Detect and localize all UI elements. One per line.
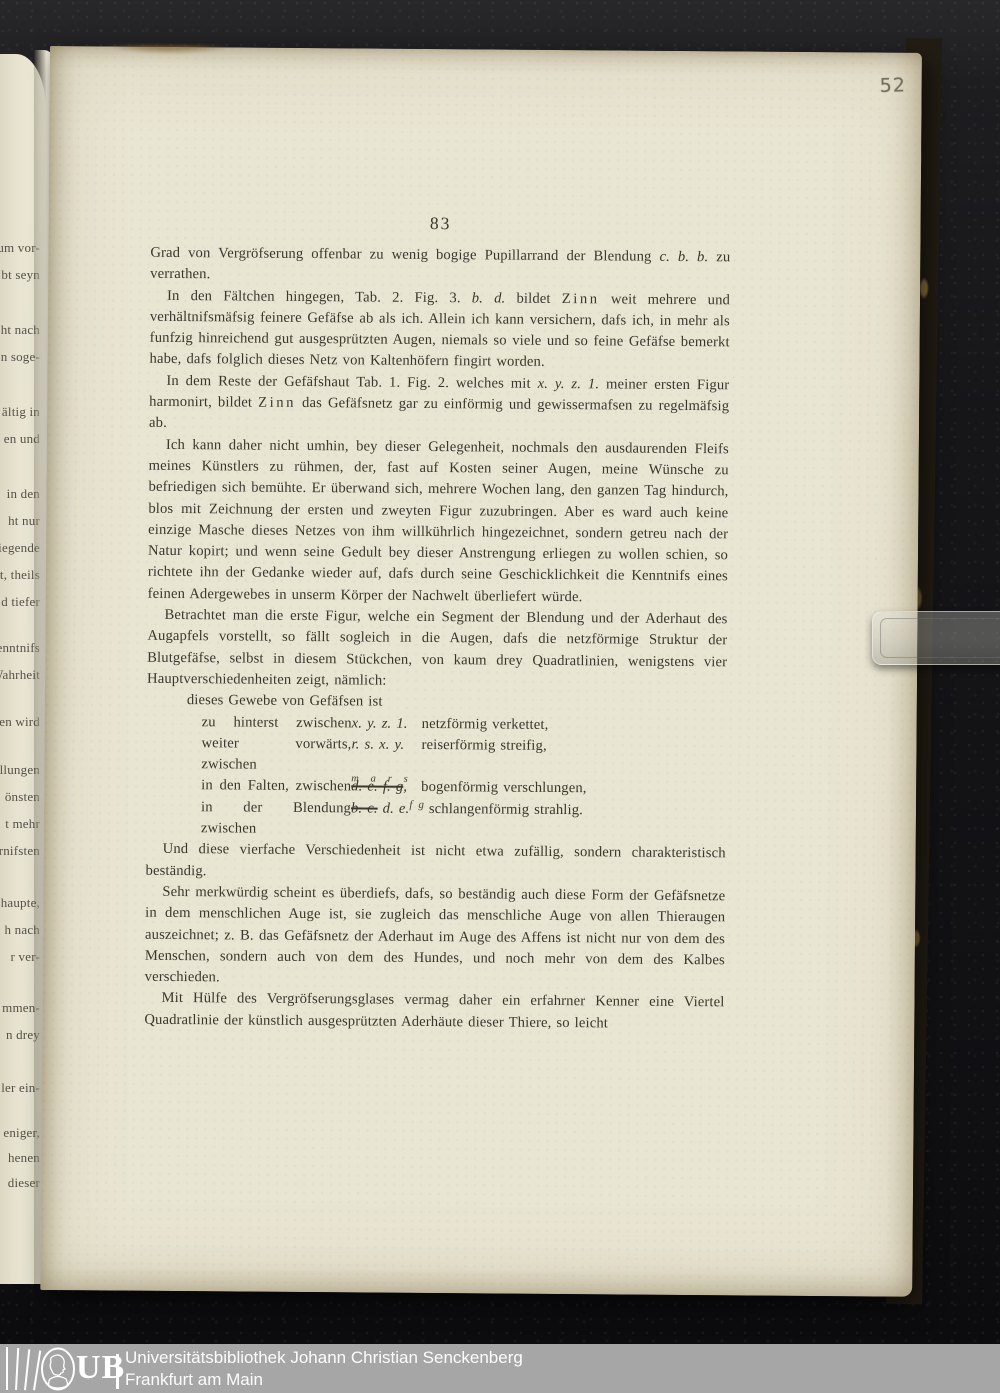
row-figure-refs: b. c. d. e.f g: [351, 798, 425, 821]
library-name: Universitätsbibliothek Johann Christian …: [125, 1347, 523, 1369]
handwritten-correction: m a r s: [351, 769, 403, 791]
row-condition: in den Falten, zwischen: [201, 776, 351, 798]
book-page: 52 83 Grad von Vergröfserung offenbar zu…: [40, 46, 922, 1297]
row-condition: zu hinterst zwischen: [202, 712, 352, 734]
row-description: netzförmig verkettet,: [422, 715, 549, 732]
ub-logo: UB: [0, 1344, 120, 1393]
paragraph: In dem Reste der Gefäfshaut Tab. 1. Fig.…: [149, 371, 729, 439]
paragraph: Grad von Vergröfserung offenbar zu wenig…: [150, 243, 730, 290]
row-description: bogenförmig verschlungen,: [421, 779, 587, 796]
library-city: Frankfurt am Main: [125, 1369, 523, 1391]
paragraph: Sehr merkwürdig scheint es überdiefs, da…: [145, 882, 726, 993]
row-description: schlangenförmig strahlig.: [429, 801, 583, 818]
transparent-page-clip: [872, 611, 1000, 665]
library-name-block: Universitätsbibliothek Johann Christian …: [125, 1347, 523, 1391]
paragraph: In den Fältchen hingegen, Tab. 2. Fig. 3…: [149, 285, 730, 375]
vessel-list-row: in der Blendung zwischenb. c. d. e.f gsc…: [201, 797, 726, 844]
paragraph: Mit Hülfe des Vergröfserungsglases verma…: [144, 988, 724, 1035]
row-condition: weiter vorwärts, zwischen: [201, 733, 351, 777]
text-block: Grad von Vergröfserung offenbar zu wenig…: [144, 243, 730, 1036]
page-number: 83: [151, 211, 731, 237]
vessel-list-row: weiter vorwärts, zwischenr. s. x. y.reis…: [201, 733, 726, 780]
paragraph: Und diese vierfache Verschiedenheit ist …: [145, 839, 725, 886]
logo-divider: [116, 1354, 119, 1389]
row-figure-refs: r. s. x. y.: [351, 734, 417, 756]
row-description: reiserförmig streifig,: [421, 737, 546, 754]
row-figure-refs: x. y. z. 1.: [352, 713, 418, 735]
logo-portrait-icon: [40, 1347, 76, 1393]
page-top-stain: [108, 44, 228, 54]
row-figure-refs: d. e. f. gm a r s,: [351, 777, 417, 799]
paragraph: Betrachtet man die erste Figur, welche e…: [147, 605, 728, 695]
paragraph: Ich kann daher nicht umhin, bey dieser G…: [148, 434, 729, 609]
page-corner-number: 52: [879, 74, 906, 97]
logo-pages-icon: [6, 1347, 40, 1390]
page-clip-inner-outline: [880, 618, 1000, 658]
footer-banner: UB Universitätsbibliothek Johann Christi…: [0, 1344, 1000, 1393]
row-condition: in der Blendung zwischen: [201, 797, 351, 841]
